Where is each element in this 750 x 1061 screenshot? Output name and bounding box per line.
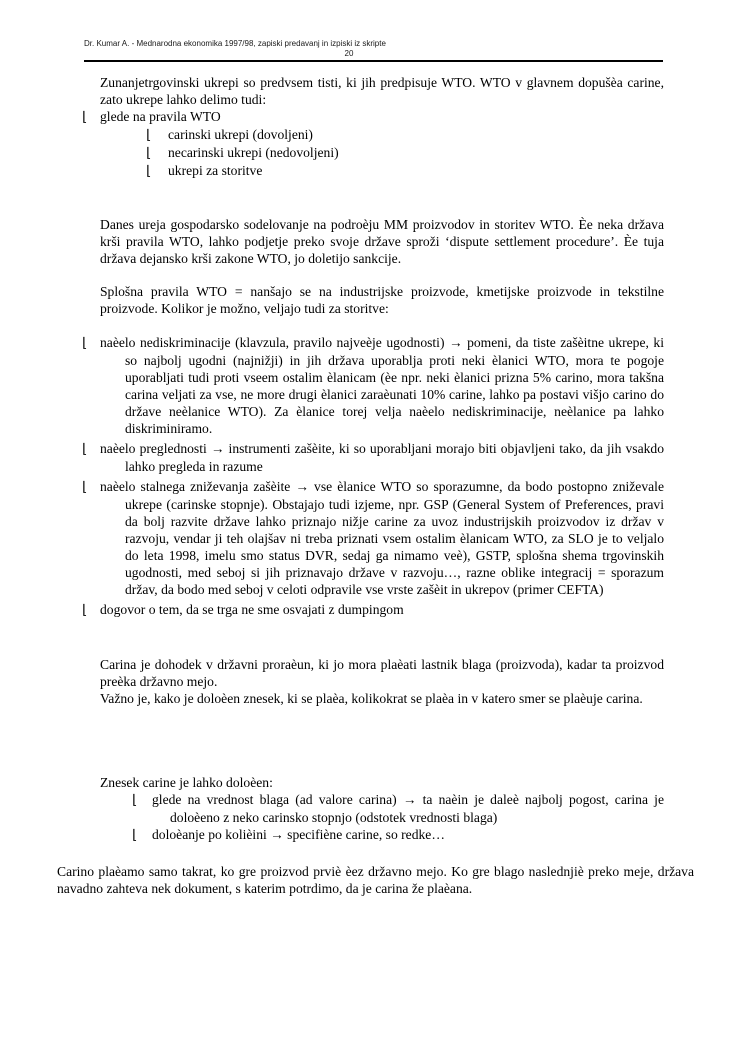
list-item-label: necarinski ukrepi (nedovoljeni) xyxy=(168,145,339,160)
list-item-label: naèelo preglednosti → instrumenti zašèit… xyxy=(100,441,664,474)
header-divider xyxy=(84,60,663,62)
list-bullet-icon: ⌊ xyxy=(146,163,168,180)
list-bullet-icon: ⌊ xyxy=(146,145,168,162)
paragraph-final: Carino plaèamo samo takrat, ko gre proiz… xyxy=(57,863,694,897)
document-page: Dr. Kumar A. - Mednarodna ekonomika 1997… xyxy=(0,0,750,1061)
list-bullet-icon: ⌊ xyxy=(82,441,100,458)
paragraph-splosna: Splošna pravila WTO = nanšajo se na indu… xyxy=(100,283,664,317)
list-item-label: glede na pravila WTO xyxy=(100,109,221,124)
list-item: ⌊ukrepi za storitve xyxy=(146,162,664,180)
list-item-label: naèelo nediskriminacije (klavzula, pravi… xyxy=(100,335,664,436)
list-item: ⌊naèelo nediskriminacije (klavzula, prav… xyxy=(100,334,664,437)
list-bullet-icon: ⌊ xyxy=(132,827,152,844)
page-header: Dr. Kumar A. - Mednarodna ekonomika 1997… xyxy=(84,39,663,62)
document-body: Zunanjetrgovinski ukrepi so predvsem tis… xyxy=(57,74,694,897)
list-item: ⌊necarinski ukrepi (nedovoljeni) xyxy=(146,144,664,162)
list-item: ⌊doloèanje po kolièini → specifiène cari… xyxy=(132,826,664,844)
list-bullet-icon: ⌊ xyxy=(82,109,100,126)
paragraph-carina-1: Carina je dohodek v državni proraèun, ki… xyxy=(100,656,664,690)
list-item: ⌊carinski ukrepi (dovoljeni) xyxy=(146,126,664,144)
list-bullet-icon: ⌊ xyxy=(146,127,168,144)
paragraph-danes: Danes ureja gospodarsko sodelovanje na p… xyxy=(100,216,664,267)
header-title: Dr. Kumar A. - Mednarodna ekonomika 1997… xyxy=(84,39,663,49)
paragraph-carina-2: Važno je, kako je doloèen znesek, ki se … xyxy=(100,690,664,707)
list-item: ⌊naèelo stalnega zniževanja zašèite → vs… xyxy=(100,478,664,598)
page-number: 20 xyxy=(84,49,614,59)
list-item: ⌊glede na vrednost blaga (ad valore cari… xyxy=(132,791,664,826)
list-item: ⌊naèelo preglednosti → instrumenti zašèi… xyxy=(100,440,664,475)
wto-sub-list: ⌊carinski ukrepi (dovoljeni) ⌊necarinski… xyxy=(57,126,694,180)
list-item-label: naèelo stalnega zniževanja zašèite → vse… xyxy=(100,479,664,597)
list-bullet-icon: ⌊ xyxy=(132,792,152,809)
list-item-label: dogovor o tem, da se trga ne sme osvajat… xyxy=(100,602,404,617)
list-item: ⌊dogovor o tem, da se trga ne sme osvaja… xyxy=(100,601,664,619)
list-item-label: ukrepi za storitve xyxy=(168,163,262,178)
znesek-list: ⌊glede na vrednost blaga (ad valore cari… xyxy=(57,791,694,844)
list-item-label: doloèanje po kolièini → specifiène carin… xyxy=(152,827,445,842)
list-bullet-icon: ⌊ xyxy=(82,335,100,352)
znesek-title: Znesek carine je lahko doloèen: xyxy=(100,774,664,791)
list-bullet-icon: ⌊ xyxy=(82,479,100,496)
list-item-label: glede na vrednost blaga (ad valore carin… xyxy=(152,792,664,825)
list-bullet-icon: ⌊ xyxy=(82,602,100,619)
list-item-label: carinski ukrepi (dovoljeni) xyxy=(168,127,313,142)
principles-list: ⌊naèelo nediskriminacije (klavzula, prav… xyxy=(57,334,694,619)
list-item-wto-rules: ⌊glede na pravila WTO xyxy=(100,108,664,126)
intro-paragraph: Zunanjetrgovinski ukrepi so predvsem tis… xyxy=(100,74,664,108)
